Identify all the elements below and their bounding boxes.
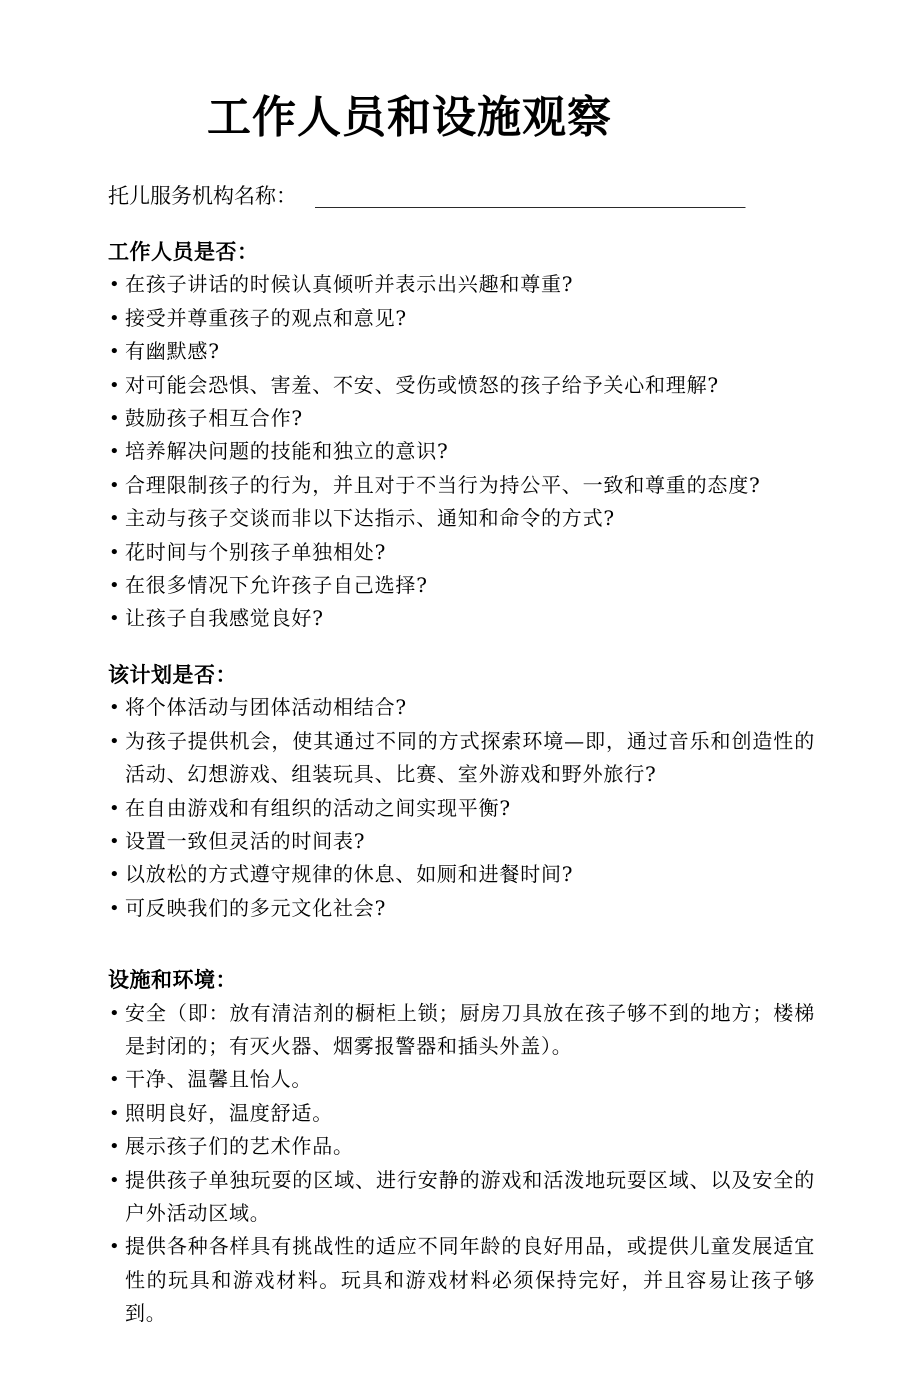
checklist-item-text: 在很多情况下允许孩子自己选择? [125, 573, 428, 597]
bullet-icon: • [109, 792, 120, 825]
checklist-item-text: 提供孩子单独玩耍的区域、进行安静的游戏和活泼地玩耍区域、以及安全的户外活动区域。 [125, 1168, 815, 1225]
bullet-icon: • [109, 402, 120, 435]
bullet-icon: • [109, 1164, 120, 1197]
name-field-label: 托儿服务机构名称： [108, 184, 297, 208]
bullet-icon: • [109, 1097, 120, 1130]
checklist-item-text: 为孩子提供机会，使其通过不同的方式探索环境—即，通过音乐和创造性的活动、幻想游戏… [125, 729, 815, 786]
checklist-item: • 设置一致但灵活的时间表? [108, 825, 815, 858]
checklist-item: • 可反映我们的多元文化社会? [108, 892, 815, 925]
checklist-item: • 在很多情况下允许孩子自己选择? [108, 569, 815, 602]
bullet-icon: • [109, 1130, 120, 1163]
bullet-icon: • [109, 825, 120, 858]
bullet-icon: • [109, 691, 120, 724]
checklist-item-text: 让孩子自我感觉良好? [125, 606, 324, 630]
checklist-item-text: 在孩子讲话的时候认真倾听并表示出兴趣和尊重? [125, 272, 573, 296]
bullet-icon: • [109, 302, 120, 335]
checklist-item: • 为孩子提供机会，使其通过不同的方式探索环境—即，通过音乐和创造性的活动、幻想… [108, 725, 815, 792]
checklist-item: • 提供各种各样具有挑战性的适应不同年龄的良好用品，或提供儿童发展适宜性的玩具和… [108, 1230, 815, 1330]
checklist-section: 工作人员是否： • 在孩子讲话的时候认真倾听并表示出兴趣和尊重? • 接受并尊重… [108, 235, 816, 636]
checklist-item-text: 安全（即：放有清洁剂的橱柜上锁；厨房刀具放在孩子够不到的地方；楼梯是封闭的；有灭… [125, 1001, 815, 1058]
checklist-item: • 安全（即：放有清洁剂的橱柜上锁；厨房刀具放在孩子够不到的地方；楼梯是封闭的；… [108, 997, 815, 1064]
checklist-item-text: 花时间与个别孩子单独相处? [125, 540, 386, 564]
bullet-icon: • [109, 502, 120, 535]
checklist-item: • 将个体活动与团体活动相结合? [108, 691, 815, 724]
bullet-icon: • [109, 335, 120, 368]
bullet-icon: • [109, 569, 120, 602]
bullet-icon: • [109, 1230, 120, 1263]
checklist-item-text: 鼓励孩子相互合作? [125, 406, 303, 430]
checklist-item-text: 提供各种各样具有挑战性的适应不同年龄的良好用品，或提供儿童发展适宜性的玩具和游戏… [125, 1234, 815, 1325]
section-heading: 工作人员是否： [108, 235, 816, 268]
checklist-item-text: 主动与孩子交谈而非以下达指示、通知和命令的方式? [125, 506, 615, 530]
checklist-item: • 在自由游戏和有组织的活动之间实现平衡? [108, 792, 815, 825]
checklist-item-text: 将个体活动与团体活动相结合? [125, 695, 407, 719]
checklist-item: • 鼓励孩子相互合作? [108, 402, 815, 435]
checklist-item-text: 可反映我们的多元文化社会? [125, 896, 386, 920]
document-page: 工作人员和设施观察 托儿服务机构名称：_____________________… [0, 0, 912, 1388]
checklist-item: • 接受并尊重孩子的观点和意见? [108, 302, 815, 335]
bullet-icon: • [109, 892, 120, 925]
checklist-item-text: 在自由游戏和有组织的活动之间实现平衡? [125, 796, 511, 820]
section-item-list: • 在孩子讲话的时候认真倾听并表示出兴趣和尊重? • 接受并尊重孩子的观点和意见… [108, 268, 816, 635]
bullet-icon: • [109, 268, 120, 301]
checklist-item-text: 以放松的方式遵守规律的休息、如厕和进餐时间? [125, 862, 573, 886]
bullet-icon: • [109, 725, 120, 758]
checklist-item-text: 干净、温馨且怡人。 [125, 1067, 312, 1091]
checklist-item: • 培养解决问题的技能和独立的意识? [108, 435, 815, 468]
checklist-item: • 展示孩子们的艺术作品。 [108, 1130, 815, 1163]
checklist-item-text: 展示孩子们的艺术作品。 [125, 1134, 354, 1158]
name-field-blank-line: ________________________________________… [315, 180, 746, 213]
checklist-item-text: 对可能会恐惧、害羞、不安、受伤或愤怒的孩子给予关心和理解? [125, 373, 719, 397]
bullet-icon: • [109, 602, 120, 635]
name-field-row: 托儿服务机构名称：_______________________________… [108, 180, 816, 213]
checklist-item: • 合理限制孩子的行为，并且对于不当行为持公平、一致和尊重的态度? [108, 469, 815, 502]
bullet-icon: • [109, 369, 120, 402]
checklist-item-text: 接受并尊重孩子的观点和意见? [125, 306, 407, 330]
checklist-item: • 有幽默感? [108, 335, 815, 368]
sections-container: 工作人员是否： • 在孩子讲话的时候认真倾听并表示出兴趣和尊重? • 接受并尊重… [108, 235, 816, 1331]
checklist-item: • 对可能会恐惧、害羞、不安、受伤或愤怒的孩子给予关心和理解? [108, 369, 815, 402]
checklist-item: • 在孩子讲话的时候认真倾听并表示出兴趣和尊重? [108, 268, 815, 301]
checklist-item-text: 照明良好，温度舒适。 [125, 1101, 333, 1125]
checklist-item: • 让孩子自我感觉良好? [108, 602, 815, 635]
bullet-icon: • [109, 435, 120, 468]
title-area: 工作人员和设施观察 [108, 92, 816, 144]
checklist-section: 该计划是否： • 将个体活动与团体活动相结合? • 为孩子提供机会，使其通过不同… [108, 658, 816, 925]
section-heading: 该计划是否： [108, 658, 816, 691]
checklist-item-text: 有幽默感? [125, 339, 220, 363]
document-title: 工作人员和设施观察 [207, 92, 612, 144]
bullet-icon: • [109, 1063, 120, 1096]
checklist-item: • 照明良好，温度舒适。 [108, 1097, 815, 1130]
bullet-icon: • [109, 469, 120, 502]
checklist-item: • 以放松的方式遵守规律的休息、如厕和进餐时间? [108, 858, 815, 891]
bullet-icon: • [109, 536, 120, 569]
checklist-item-text: 培养解决问题的技能和独立的意识? [125, 439, 449, 463]
checklist-item: • 主动与孩子交谈而非以下达指示、通知和命令的方式? [108, 502, 815, 535]
section-heading: 设施和环境： [108, 963, 816, 996]
checklist-item-text: 合理限制孩子的行为，并且对于不当行为持公平、一致和尊重的态度? [125, 473, 761, 497]
checklist-item: • 提供孩子单独玩耍的区域、进行安静的游戏和活泼地玩耍区域、以及安全的户外活动区… [108, 1164, 815, 1231]
bullet-icon: • [109, 997, 120, 1030]
checklist-item: • 干净、温馨且怡人。 [108, 1063, 815, 1096]
bullet-icon: • [109, 858, 120, 891]
checklist-item-text: 设置一致但灵活的时间表? [125, 829, 365, 853]
section-item-list: • 安全（即：放有清洁剂的橱柜上锁；厨房刀具放在孩子够不到的地方；楼梯是封闭的；… [108, 997, 816, 1331]
checklist-item: • 花时间与个别孩子单独相处? [108, 536, 815, 569]
checklist-section: 设施和环境： • 安全（即：放有清洁剂的橱柜上锁；厨房刀具放在孩子够不到的地方；… [108, 963, 816, 1330]
section-item-list: • 将个体活动与团体活动相结合? • 为孩子提供机会，使其通过不同的方式探索环境… [108, 691, 816, 925]
